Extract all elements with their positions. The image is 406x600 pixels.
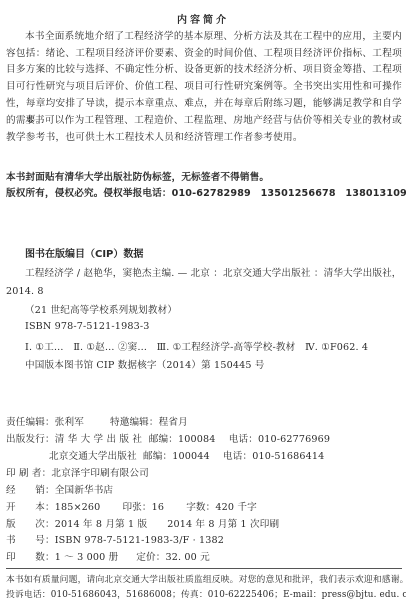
publisher-name: 北京交通大学出版社: [49, 451, 129, 463]
footer-divider: [6, 568, 402, 569]
cip-heading: 图书在版编目（CIP）数据: [25, 245, 143, 260]
guest-editor-label: 特邀编辑：: [110, 417, 159, 428]
publisher-label: 出版发行：: [6, 434, 55, 445]
imprint-book-number: 书 号：ISBN 978-7-5121-1983-3/F · 1382: [6, 535, 224, 547]
guest-editor-value: 程省月: [159, 417, 188, 428]
format-value: 185×260: [55, 502, 101, 513]
contact-info: 投诉电话：010-51686043，51686008；传真：010-622254…: [6, 589, 406, 600]
format-words: 字数：420 千字: [186, 502, 257, 513]
format-sheets: 印张：16: [122, 502, 164, 513]
cip-library-record: 中国版本图书馆 CIP 数据核字（2014）第 150445 号: [25, 360, 265, 372]
editor-label: 责任编辑：: [6, 417, 55, 428]
print-run-value: 1 ～ 3 000 册: [55, 552, 119, 563]
anti-counterfeit-notice: 本书封面贴有清华大学出版社防伪标签，无标签者不得销售。: [6, 172, 269, 184]
imprint-format: 开 本：185×260印张：16字数：420 千字: [6, 502, 257, 514]
imprint-publisher-2: 北京交通大学出版社邮编：100044电话：010-51686414: [49, 451, 324, 463]
printer-label: 印 刷 者：: [6, 468, 51, 479]
edition-printing: 2014 年 8 月第 1 次印刷: [167, 519, 279, 530]
publisher-phone: 电话：010-62776969: [229, 434, 330, 445]
quality-notice: 本书如有质量问题，请向北京交通大学出版社质监组反映。对您的意见和批评，我们表示欢…: [6, 574, 406, 586]
imprint-print-run: 印 数：1 ～ 3 000 册定价：32. 00 元: [6, 552, 210, 564]
publisher-phone: 电话：010-51686414: [223, 451, 324, 462]
cip-isbn: ISBN 978-7-5121-1983-3: [25, 321, 149, 333]
price: 定价：32. 00 元: [136, 552, 210, 563]
publisher-postcode: 邮编：100084: [149, 434, 217, 446]
imprint-publisher-1: 出版发行：清 华 大 学 出 版 社邮编：100084电话：010-627769…: [6, 434, 330, 446]
imprint-distributor: 经 销：全国新华书店: [6, 485, 113, 497]
publisher-postcode: 邮编：100044: [143, 451, 211, 463]
imprint-printer: 印 刷 者：北京泽宇印刷有限公司: [6, 468, 149, 480]
book-number-value: ISBN 978-7-5121-1983-3/F · 1382: [55, 535, 224, 546]
format-label: 开 本：: [6, 502, 55, 513]
edition-value: 2014 年 8 月第 1 版: [55, 519, 148, 530]
imprint-editors: 责任编辑：张利军特邀编辑：程省月: [6, 417, 188, 429]
distributor-label: 经 销：: [6, 485, 55, 496]
summary-title: 内容简介: [0, 11, 406, 26]
summary-paragraph-2: 本书可以作为工程管理、工程造价、工程监理、房地产经营与估价等相关专业的教材或教学…: [6, 113, 402, 146]
cip-classification: Ⅰ. ①工… Ⅱ. ①赵… ②窦… Ⅲ. ①工程经济学-高等学校-教材 Ⅳ. ①…: [25, 342, 368, 354]
print-run-label: 印 数：: [6, 552, 55, 563]
book-number-label: 书 号：: [6, 535, 55, 546]
publisher-name: 清 华 大 学 出 版 社: [55, 434, 135, 446]
imprint-edition: 版 次：2014 年 8 月第 1 版2014 年 8 月第 1 次印刷: [6, 519, 279, 531]
copyright-notice: 版权所有，侵权必究。侵权举报电话：010-62782989 1350125667…: [6, 188, 406, 200]
printer-value: 北京泽宇印刷有限公司: [51, 468, 148, 479]
cip-series: （21 世纪高等学校系列规划教材）: [25, 305, 177, 317]
cip-title-line-continued: 2014. 8: [6, 286, 44, 298]
editor-value: 张利军: [55, 417, 84, 428]
cip-title-line: 工程经济学 / 赵艳华，窦艳杰主编. — 北京 ：北京交通大学出版社 ：清华大学…: [25, 268, 402, 280]
distributor-value: 全国新华书店: [55, 485, 113, 496]
edition-label: 版 次：: [6, 519, 55, 530]
